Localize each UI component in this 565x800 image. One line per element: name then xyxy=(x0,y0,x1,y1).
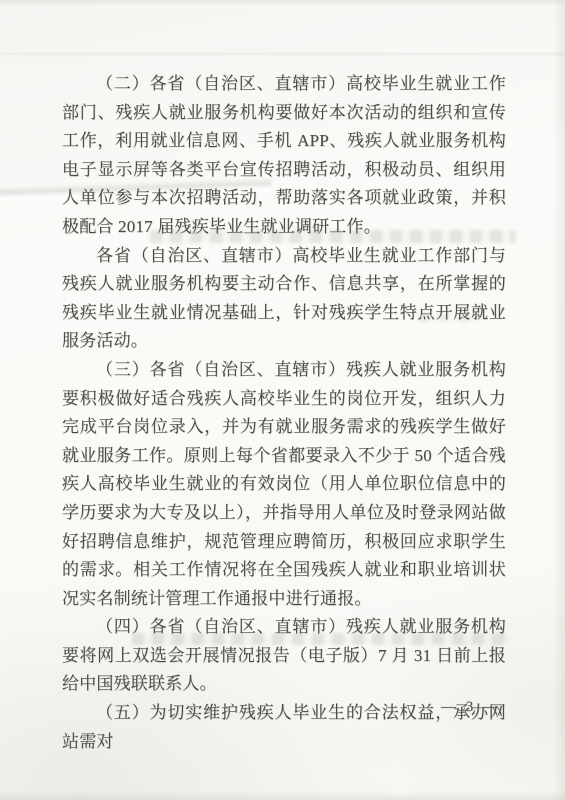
document-paragraph: 各省（自治区、直辖市）高校毕业生就业工作部门与残疾人就业服务机构要主动合作、信息… xyxy=(62,242,506,356)
scanned-document-page: （二）各省（自治区、直辖市）高校毕业生就业工作部门、残疾人就业服务机构要做好本次… xyxy=(0,0,565,800)
scan-edge-shadow-top xyxy=(0,0,565,6)
paper-crease xyxy=(0,52,565,56)
document-paragraph: （三）各省（自治区、直辖市）残疾人就业服务机构要积极做好适合残疾人高校毕业生的岗… xyxy=(62,356,506,613)
bleed-through-artifact xyxy=(150,230,516,243)
scan-edge-shadow-bottom xyxy=(0,791,565,800)
document-paragraph: （二）各省（自治区、直辖市）高校毕业生就业工作部门、残疾人就业服务机构要做好本次… xyxy=(62,70,506,242)
document-paragraph: （五）为切实维护残疾人毕业生的合法权益，承办网站需对 xyxy=(62,699,506,756)
scan-edge-shadow-right xyxy=(553,0,565,800)
bleed-through-artifact xyxy=(418,312,482,322)
document-body: （二）各省（自治区、直辖市）高校毕业生就业工作部门、残疾人就业服务机构要做好本次… xyxy=(62,70,506,756)
bleed-through-artifact xyxy=(132,633,510,645)
page-number: — 3 — xyxy=(441,699,501,716)
document-paragraph: （四）各省（自治区、直辖市）残疾人就业服务机构要将网上双选会开展情况报告（电子版… xyxy=(62,613,506,699)
